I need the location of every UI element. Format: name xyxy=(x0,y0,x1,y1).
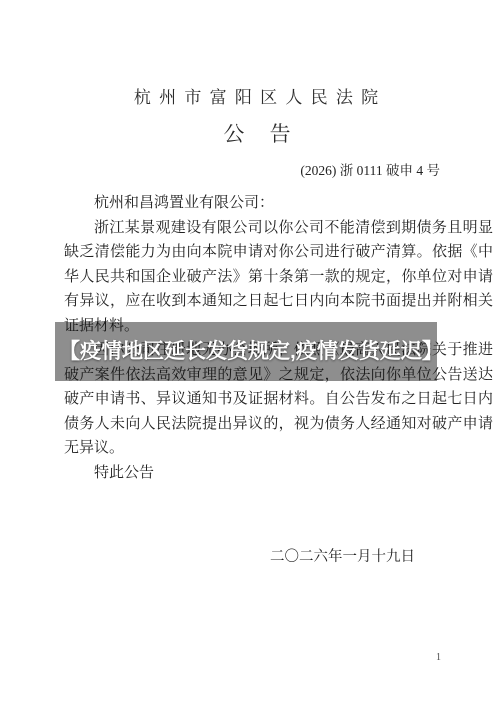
page-number: 1 xyxy=(436,652,441,663)
addressee-line: 杭州和昌鸿置业有限公司： xyxy=(64,191,493,216)
body-paragraph-1: 浙江某景观建设有限公司以你公司不能清偿到期债务且明显缺乏清偿能力为由向本院申请对… xyxy=(64,216,493,339)
notice-title: 公 告 xyxy=(12,118,500,148)
overlay-banner-text: 【疫情地区延长发货规定,疫情发货延迟】 xyxy=(59,337,433,366)
closing-line: 特此公告 xyxy=(64,461,493,486)
document-date: 二〇二六年一月十九日 xyxy=(270,545,415,566)
court-name-heading: 杭 州 市 富 阳 区 人 民 法 院 xyxy=(7,83,500,108)
case-number: (2026) 浙 0111 破申 4 号 xyxy=(300,159,440,179)
notice-overlay-banner: 【疫情地区延长发货规定,疫情发货延迟】 xyxy=(55,322,437,381)
court-notice-page: 杭 州 市 富 阳 区 人 民 法 院 公 告 (2026) 浙 0111 破申… xyxy=(0,0,500,706)
